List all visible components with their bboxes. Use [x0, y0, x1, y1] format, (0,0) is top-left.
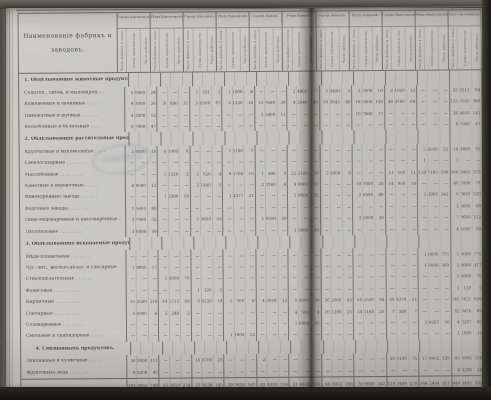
table-cell: —: [395, 271, 407, 282]
cell-group: 85920049: [451, 364, 484, 376]
cell-group: ———: [320, 201, 353, 213]
table-cell: —: [266, 365, 278, 376]
table-cell: —: [192, 307, 201, 318]
table-cell: —: [438, 107, 449, 118]
factories-table: Наименованіе фабрикъ и заводовъ. Городъ …: [18, 9, 485, 392]
subcolumn-label-text: Сумма производства.: [231, 31, 235, 68]
table-cell: [418, 130, 427, 144]
table-cell: —: [212, 272, 223, 283]
table-cell: —: [343, 365, 354, 376]
table-cell: —: [288, 156, 297, 167]
table-cell: —: [354, 260, 363, 271]
table-cell: —: [321, 212, 330, 223]
table-cell: 165925: [459, 95, 471, 106]
table-cell: —: [321, 201, 330, 212]
subcolumn-label-text: Число фабрикъ и завод.: [153, 30, 157, 71]
column-group: Городъ Енисейскъ.Число фабрикъ и завод.С…: [183, 12, 217, 71]
table-cell: 1: [418, 248, 427, 259]
table-cell: 80: [374, 189, 385, 200]
table-cell: 1000: [461, 327, 473, 338]
table-cell: —: [180, 214, 191, 225]
table-cell: —: [167, 179, 179, 190]
table-cell: [408, 235, 418, 249]
cell-group: ———: [255, 224, 288, 236]
column-groups: Городъ Красноярскъ.Число фабрикъ и завод…: [117, 10, 481, 72]
table-cell: —: [395, 282, 407, 293]
column-group: Всего въ губерніи.Число фабрикъ и завод.…: [447, 10, 481, 69]
table-cell: [472, 234, 482, 248]
table-cell: 3: [255, 108, 264, 119]
table-cell: —: [299, 365, 311, 376]
cell-group: ———: [418, 364, 451, 376]
table-cell: —: [223, 179, 232, 190]
cell-group: ———: [287, 155, 320, 167]
page-edge-line: [9, 10, 10, 387]
subcolumn-label: Сумма производства.: [325, 27, 339, 70]
table-cell: 1480: [200, 179, 212, 190]
table-cell: 59200: [136, 366, 148, 377]
subcolumn-label: Сумма производства.: [291, 28, 305, 71]
table-cell: —: [427, 107, 439, 118]
cell-group: [451, 339, 483, 353]
table-cell: —: [233, 318, 245, 329]
table-cell: —: [375, 364, 386, 375]
table-cell: [418, 71, 427, 85]
table-cell: —: [440, 293, 451, 304]
cell-group: ———: [223, 261, 256, 273]
table-cell: 1: [289, 317, 298, 328]
table-cell: —: [439, 154, 450, 165]
table-cell: —: [427, 212, 439, 223]
table-cell: —: [438, 118, 449, 129]
table-cell: —: [191, 225, 200, 236]
table-cell: —: [419, 364, 428, 375]
table-cell: —: [180, 330, 191, 341]
cell-group: ———: [320, 178, 353, 190]
table-cell: [204, 341, 216, 355]
table-cell: —: [322, 317, 331, 328]
table-cell: —: [233, 272, 245, 283]
table-cell: —: [407, 248, 418, 259]
table-cell: —: [212, 202, 223, 213]
table-cell: 25: [375, 305, 386, 316]
table-cell: —: [321, 260, 330, 271]
table-cell: —: [439, 200, 450, 211]
table-cell: —: [407, 212, 418, 223]
table-cell: —: [343, 317, 354, 328]
table-cell: [163, 341, 172, 355]
table-cell: —: [199, 120, 211, 131]
cell-group: 164238658: [157, 191, 190, 203]
cell-group: ———: [384, 118, 417, 130]
table-cell: 45: [310, 317, 321, 328]
table-cell: 28300: [199, 97, 211, 108]
table-cell: [291, 235, 300, 249]
cell-group: ———: [222, 156, 255, 168]
cell-group: ———: [385, 223, 418, 235]
table-cell: 4: [287, 97, 296, 108]
cell-group: ———: [223, 284, 256, 296]
table-cell: —: [224, 225, 233, 236]
table-cell: —: [322, 354, 331, 365]
table-cell: —: [321, 178, 330, 189]
cell-group: 425100089: [450, 223, 483, 235]
table-cell: —: [440, 282, 451, 293]
cell-group: ———: [319, 108, 352, 120]
table-cell: 124000: [460, 270, 472, 281]
subcolumn-label: Число фабрикъ и завод.: [118, 29, 127, 72]
cell-group: 261200082: [320, 294, 353, 306]
table-cell: 57: [147, 262, 158, 273]
table-cell: 2: [257, 354, 266, 365]
cell-group: 1220000775: [450, 248, 483, 260]
table-cell: —: [265, 201, 277, 212]
cell-group: [258, 236, 290, 250]
cell-group: ———: [256, 329, 289, 341]
cell-group: 7209650152: [450, 211, 483, 223]
subcolumn-headers: Число фабрикъ и завод.Сумма производства…: [151, 29, 183, 72]
table-cell: —: [158, 120, 167, 131]
subcolumn-label: Сумма производства.: [358, 27, 372, 70]
table-cell: [440, 234, 450, 248]
table-cell: 1: [256, 167, 265, 178]
cell-group: ———: [288, 329, 321, 341]
cell-group: 1625000150: [351, 96, 384, 108]
cell-group: [257, 131, 289, 145]
cell-group: ———: [352, 144, 385, 156]
table-cell: [182, 72, 192, 86]
table-cell: 6700: [201, 354, 213, 365]
table-cell: —: [342, 271, 353, 282]
cell-group: 24116025: [353, 305, 386, 317]
table-cell: 50400: [134, 86, 146, 97]
cell-group: ———: [320, 283, 353, 295]
subcolumn-label-text: Число фабрикъ и завод.: [120, 30, 124, 71]
cell-group: 403709071: [449, 177, 482, 189]
table-cell: [356, 340, 365, 354]
table-cell: —: [191, 250, 200, 261]
table-cell: —: [320, 155, 329, 166]
table-cell: 500: [298, 306, 310, 317]
table-cell: —: [225, 366, 234, 377]
column-group: Уѣздъ Красноярскій.Число фабрикъ и завод…: [150, 13, 184, 72]
subcolumn-label-text: Сумма производства.: [132, 32, 136, 69]
table-cell: 12: [146, 109, 157, 120]
table-cell: —: [201, 366, 213, 377]
row-label: Воскобойные и бѣлильные . . . .: [19, 124, 124, 130]
table-cell: —: [341, 119, 352, 130]
table-cell: —: [180, 225, 191, 236]
table-cell: 2: [256, 179, 265, 190]
table-cell: —: [341, 144, 352, 155]
table-cell: —: [244, 120, 255, 131]
table-cell: 531: [199, 86, 211, 97]
cell-group: ———: [385, 212, 418, 224]
table-cell: —: [158, 109, 167, 120]
cell-group: ———: [288, 272, 321, 284]
table-cell: [248, 341, 258, 355]
subcolumn-label: Число фабрикъ и завод.: [316, 27, 325, 70]
cell-group: 16437721: [222, 190, 255, 202]
table-cell: —: [245, 272, 256, 283]
table-cell: —: [419, 271, 428, 282]
row-label: Чуг.-лит., желѣзо-дѣлат. и слесарные: [21, 265, 126, 271]
table-cell: 3: [277, 167, 288, 178]
table-cell: 1: [126, 262, 135, 273]
table-cell: —: [255, 156, 264, 167]
table-cell: —: [298, 260, 310, 271]
table-cell: 18000: [136, 262, 148, 273]
table-cell: —: [190, 109, 199, 120]
table-cell: —: [321, 283, 330, 294]
cell-group: ———: [418, 328, 451, 340]
table-cell: —: [417, 96, 426, 107]
subcolumn-label-text: Число рабочихъ.: [243, 35, 247, 64]
table-cell: —: [257, 318, 266, 329]
cell-group: 62947669: [450, 305, 483, 317]
subcolumn-label-text: Число рабочихъ.: [210, 36, 214, 65]
table-cell: —: [126, 168, 135, 179]
cell-group: ———: [385, 282, 418, 294]
table-cell: [365, 340, 377, 354]
cell-group: ———: [352, 119, 385, 131]
cell-group: ———: [418, 282, 451, 294]
table-cell: 18: [406, 178, 417, 189]
table-cell: 380: [471, 95, 482, 106]
table-cell: 107900: [135, 121, 147, 132]
table-cell: —: [289, 354, 298, 365]
table-cell: 75: [408, 353, 419, 364]
table-cell: —: [309, 119, 320, 130]
table-cell: [299, 131, 311, 145]
subcolumn-label: Сумма производства.: [258, 28, 272, 71]
table-cell: 3: [418, 189, 427, 200]
table-cell: —: [233, 284, 245, 295]
row-label: Салотоп., свѣчн. и мыловарен. . . .: [19, 90, 124, 96]
table-cell: [439, 70, 449, 84]
cell-group: 111007: [222, 145, 255, 157]
table-cell: —: [354, 317, 363, 328]
table-cell: —: [342, 189, 353, 200]
table-cell: [269, 340, 281, 354]
table-cell: —: [297, 156, 309, 167]
table-cell: —: [159, 225, 168, 236]
cell-group: 1116011: [384, 166, 417, 178]
table-cell: 46: [341, 96, 352, 107]
table-cell: 1: [450, 154, 459, 165]
row-label: Кожевенные и овчинные . . . . .: [19, 101, 124, 107]
cell-group: [160, 72, 192, 86]
cell-group: ———: [289, 365, 322, 377]
table-cell: 2: [191, 168, 200, 179]
table-cell: 18: [147, 145, 158, 156]
cell-group: 1495018: [384, 178, 417, 190]
table-cell: [471, 129, 481, 143]
cell-group: 13006: [223, 295, 256, 307]
table-cell: —: [407, 282, 418, 293]
table-cell: 15500: [363, 294, 375, 305]
table-cell: 5: [213, 284, 224, 295]
column-group: Городъ Минусинскъ.Число фабрикъ и завод.…: [381, 11, 415, 70]
column-group: Уѣздъ Енисейскій.Число фабрикъ и завод.С…: [216, 12, 250, 71]
table-cell: [268, 236, 280, 250]
table-cell: —: [298, 283, 310, 294]
table-cell: [374, 71, 384, 85]
cell-group: 214805: [190, 179, 223, 191]
row-label: Солеваренные . . . . . . . .: [21, 322, 126, 328]
table-cell: 20: [322, 306, 331, 317]
table-cell: —: [331, 365, 343, 376]
cell-group: ———: [223, 306, 256, 318]
cell-group: ———: [386, 328, 419, 340]
section-label: 3. Обдѣлывающіе ископаемые продукты.: [20, 241, 129, 247]
table-cell: —: [266, 306, 278, 317]
table-cell: 132560: [136, 296, 148, 307]
table-cell: 1: [418, 155, 427, 166]
subcolumn-label: Число рабочихъ.: [173, 29, 183, 72]
cell-group: ———: [159, 366, 192, 378]
table-cell: 32: [147, 214, 158, 225]
table-cell: —: [407, 259, 418, 270]
table-cell: 3600: [200, 213, 212, 224]
table-cell: —: [233, 249, 245, 260]
table-cell: —: [396, 328, 408, 339]
table-cell: —: [289, 260, 298, 271]
table-cell: —: [362, 119, 374, 130]
table-cell: —: [418, 177, 427, 188]
cell-group: 1360020: [190, 213, 223, 225]
cell-group: 610790047: [449, 118, 482, 130]
table-cell: 59200: [461, 364, 473, 375]
cell-group: 1220000775: [417, 248, 450, 260]
table-cell: 96000: [135, 225, 147, 236]
table-cell: —: [127, 273, 136, 284]
table-cell: 14760: [394, 96, 406, 107]
subcolumn-headers: Число фабрикъ и завод.Сумма производства…: [283, 27, 315, 70]
cell-group: 23600018: [125, 145, 158, 157]
table-cell: —: [168, 284, 180, 295]
table-cell: —: [265, 249, 277, 260]
cell-group: [192, 72, 224, 86]
cell-group: ———: [386, 364, 419, 376]
table-cell: —: [320, 144, 329, 155]
table-cell: [129, 132, 138, 146]
table-cell: 3: [419, 316, 428, 327]
table-cell: 4: [451, 316, 460, 327]
table-cell: —: [407, 200, 418, 211]
table-cell: 5: [320, 85, 329, 96]
table-cell: 21: [244, 190, 255, 201]
table-cell: —: [330, 155, 342, 166]
cell-group: ———: [157, 109, 190, 121]
table-cell: —: [179, 157, 190, 168]
cell-group: 14571268: [158, 295, 191, 307]
table-cell: 2: [451, 259, 460, 270]
table-cell: 150: [373, 96, 384, 107]
table-cell: —: [298, 213, 310, 224]
subcolumn-label: Число рабочихъ.: [306, 27, 316, 70]
cell-group: ———: [159, 355, 192, 367]
cell-group: 15311: [189, 86, 222, 98]
table-cell: 49: [148, 366, 159, 377]
table-cell: 1220: [232, 97, 244, 108]
table-cell: [246, 131, 256, 145]
table-cell: —: [406, 118, 417, 129]
table-cell: 30: [320, 96, 329, 107]
table-cell: —: [148, 284, 159, 295]
table-cell: —: [168, 225, 180, 236]
table-cell: —: [179, 120, 190, 131]
table-title-line2: заводовъ.: [51, 46, 85, 53]
table-cell: [311, 235, 321, 249]
table-cell: 94: [375, 294, 386, 305]
subcolumn-label-text: Число фабрикъ и завод.: [385, 28, 389, 69]
cell-group: ———: [417, 212, 450, 224]
table-cell: [344, 340, 354, 354]
subcolumn-label-text: Число рабочихъ.: [441, 34, 445, 63]
table-cell: 8: [452, 364, 461, 375]
cell-group: 73807: [385, 305, 418, 317]
table-cell: —: [330, 212, 342, 223]
table-cell: —: [127, 319, 136, 330]
table-cell: —: [387, 328, 396, 339]
table-cell: —: [224, 250, 233, 261]
subcolumn-headers: Число фабрикъ и завод.Сумма производства…: [382, 27, 414, 70]
cell-group: 16618465272: [449, 166, 482, 178]
table-cell: 4: [243, 85, 254, 96]
table-cell: —: [320, 119, 329, 130]
table-cell: —: [289, 283, 298, 294]
cell-group: ———: [288, 354, 321, 366]
table-cell: —: [375, 248, 386, 259]
table-cell: 642386: [168, 191, 180, 202]
table-cell: 240: [168, 307, 180, 318]
table-cell: —: [225, 354, 234, 365]
table-cell: 13: [276, 108, 287, 119]
cell-group: [385, 71, 417, 85]
cell-group: 501550094: [353, 294, 386, 306]
cell-group: ———: [353, 353, 386, 365]
table-cell: 1200: [331, 306, 343, 317]
row-label: Пиво-медоваренные и квасоваренные .: [20, 217, 125, 223]
table-cell: —: [224, 284, 233, 295]
cell-group: ———: [256, 306, 289, 318]
cell-group: ———: [287, 201, 320, 213]
table-cell: [278, 72, 288, 86]
cell-group: [387, 339, 419, 353]
table-cell: [235, 131, 247, 145]
table-cell: 30: [309, 224, 320, 235]
table-cell: —: [353, 144, 362, 155]
table-cell: [364, 235, 376, 249]
table-cell: —: [127, 285, 136, 296]
table-cell: —: [343, 328, 354, 339]
table-cell: —: [179, 86, 190, 97]
subcolumn-label: Число фабрикъ и завод.: [283, 28, 292, 71]
cell-group: ———: [385, 271, 418, 283]
table-cell: 48: [308, 96, 319, 107]
table-cell: —: [418, 223, 427, 234]
table-cell: 5800: [264, 108, 276, 119]
table-cell: 6: [125, 121, 134, 132]
cell-group: 24500030: [352, 212, 385, 224]
table-cell: —: [386, 248, 395, 259]
table-cell: 6: [245, 295, 256, 306]
cell-group: ———: [222, 202, 255, 214]
table-cell: 775: [472, 248, 483, 259]
cell-group: [323, 340, 355, 354]
table-cell: —: [289, 249, 298, 260]
